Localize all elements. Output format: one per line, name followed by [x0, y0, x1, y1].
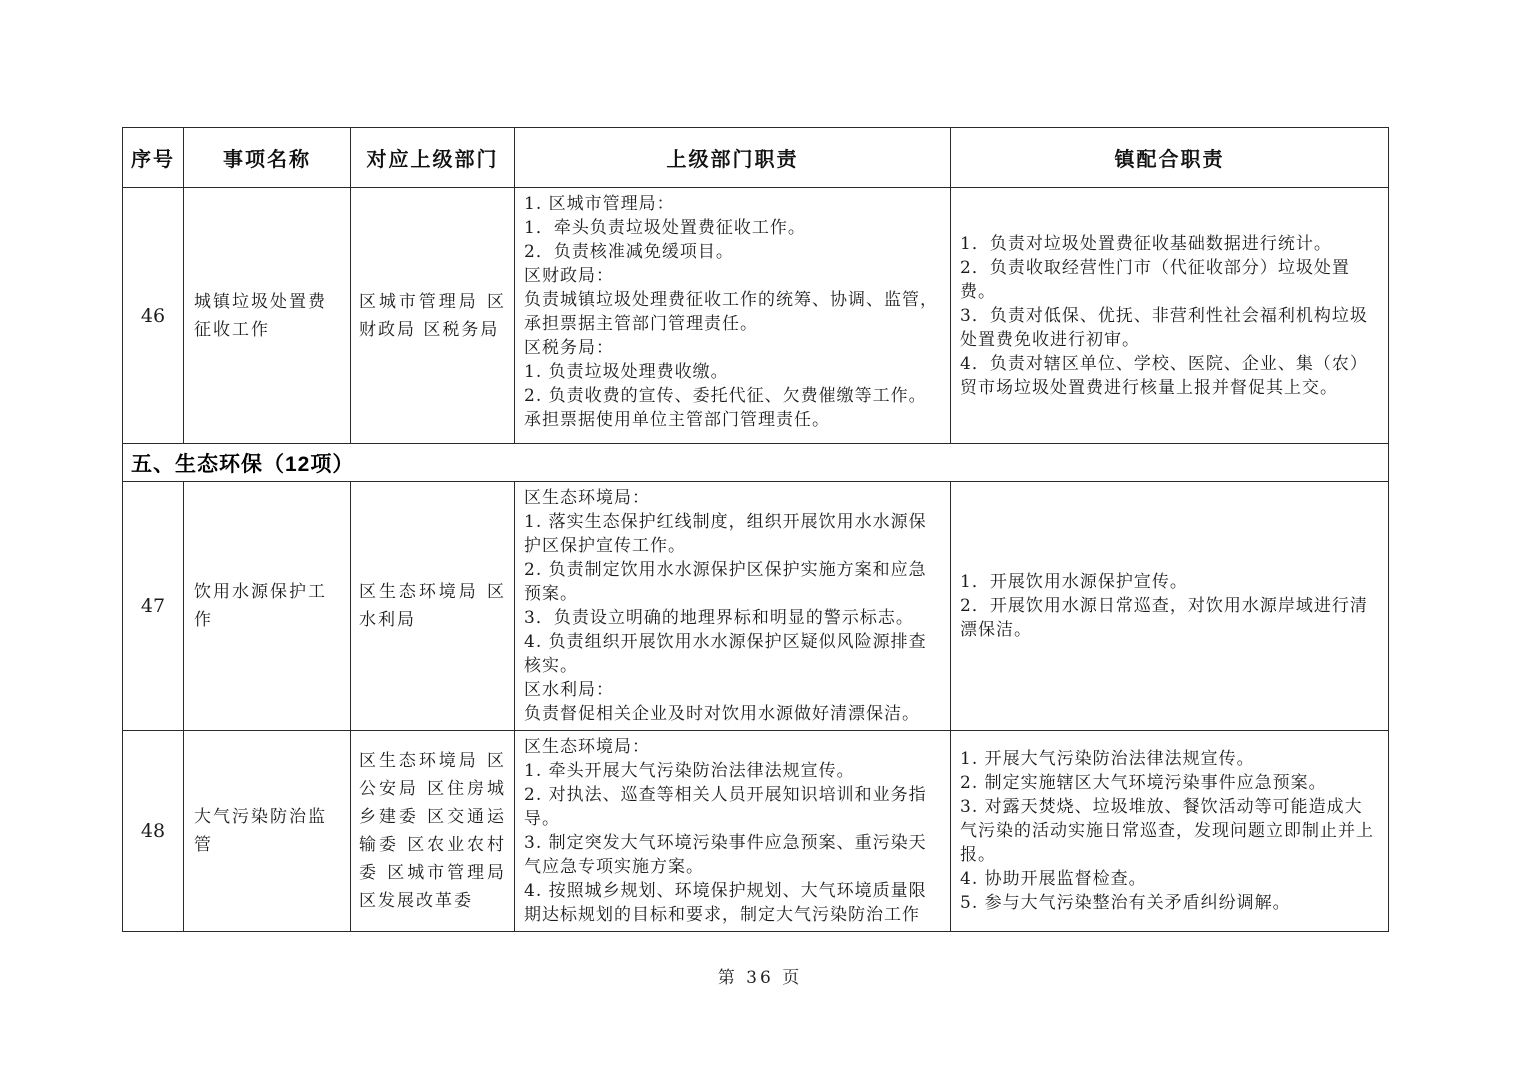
table-header-row: 序号 事项名称 对应上级部门 上级部门职责 镇配合职责	[123, 128, 1389, 188]
row-id: 47	[123, 482, 184, 731]
page-footer: 第 36 页	[0, 963, 1520, 988]
item-name: 大气污染防治监管	[184, 731, 351, 932]
table-row: 47 饮用水源保护工作 区生态环境局 区水利局 区生态环境局： 1. 落实生态保…	[123, 482, 1389, 731]
item-name: 城镇垃圾处置费征收工作	[184, 188, 351, 444]
col-header-town-duties: 镇配合职责	[951, 128, 1389, 188]
superior-departments: 区城市管理局 区财政局 区税务局	[351, 188, 515, 444]
row-id: 48	[123, 731, 184, 932]
page-number: 第 36 页	[718, 968, 802, 988]
section-title: 五、生态环保（12项）	[123, 444, 1389, 482]
col-header-item-name: 事项名称	[184, 128, 351, 188]
superior-duties: 1. 区城市管理局： 1．牵头负责垃圾处置费征收工作。 2．负责核准减免缓项目。…	[515, 188, 951, 444]
section-header-row: 五、生态环保（12项）	[123, 444, 1389, 482]
town-duties: 1. 开展大气污染防治法律法规宣传。 2. 制定实施辖区大气环境污染事件应急预案…	[951, 731, 1389, 932]
row-id: 46	[123, 188, 184, 444]
town-duties: 1．负责对垃圾处置费征收基础数据进行统计。 2．负责收取经营性门市（代征收部分）…	[951, 188, 1389, 444]
col-header-superior-dept: 对应上级部门	[351, 128, 515, 188]
town-duties: 1．开展饮用水源保护宣传。 2．开展饮用水源日常巡查，对饮用水源岸域进行清漂保洁…	[951, 482, 1389, 731]
superior-departments: 区生态环境局 区公安局 区住房城乡建委 区交通运输委 区农业农村委 区城市管理局…	[351, 731, 515, 932]
superior-duties: 区生态环境局： 1. 落实生态保护红线制度，组织开展饮用水水源保护区保护宣传工作…	[515, 482, 951, 731]
col-header-superior-duties: 上级部门职责	[515, 128, 951, 188]
superior-duties: 区生态环境局： 1. 牵头开展大气污染防治法律法规宣传。 2. 对执法、巡查等相…	[515, 731, 951, 932]
table-row: 48 大气污染防治监管 区生态环境局 区公安局 区住房城乡建委 区交通运输委 区…	[123, 731, 1389, 932]
superior-departments: 区生态环境局 区水利局	[351, 482, 515, 731]
item-name: 饮用水源保护工作	[184, 482, 351, 731]
table-row: 46 城镇垃圾处置费征收工作 区城市管理局 区财政局 区税务局 1. 区城市管理…	[123, 188, 1389, 444]
col-header-index: 序号	[123, 128, 184, 188]
responsibilities-table: 序号 事项名称 对应上级部门 上级部门职责 镇配合职责 46 城镇垃圾处置费征收…	[122, 127, 1389, 932]
